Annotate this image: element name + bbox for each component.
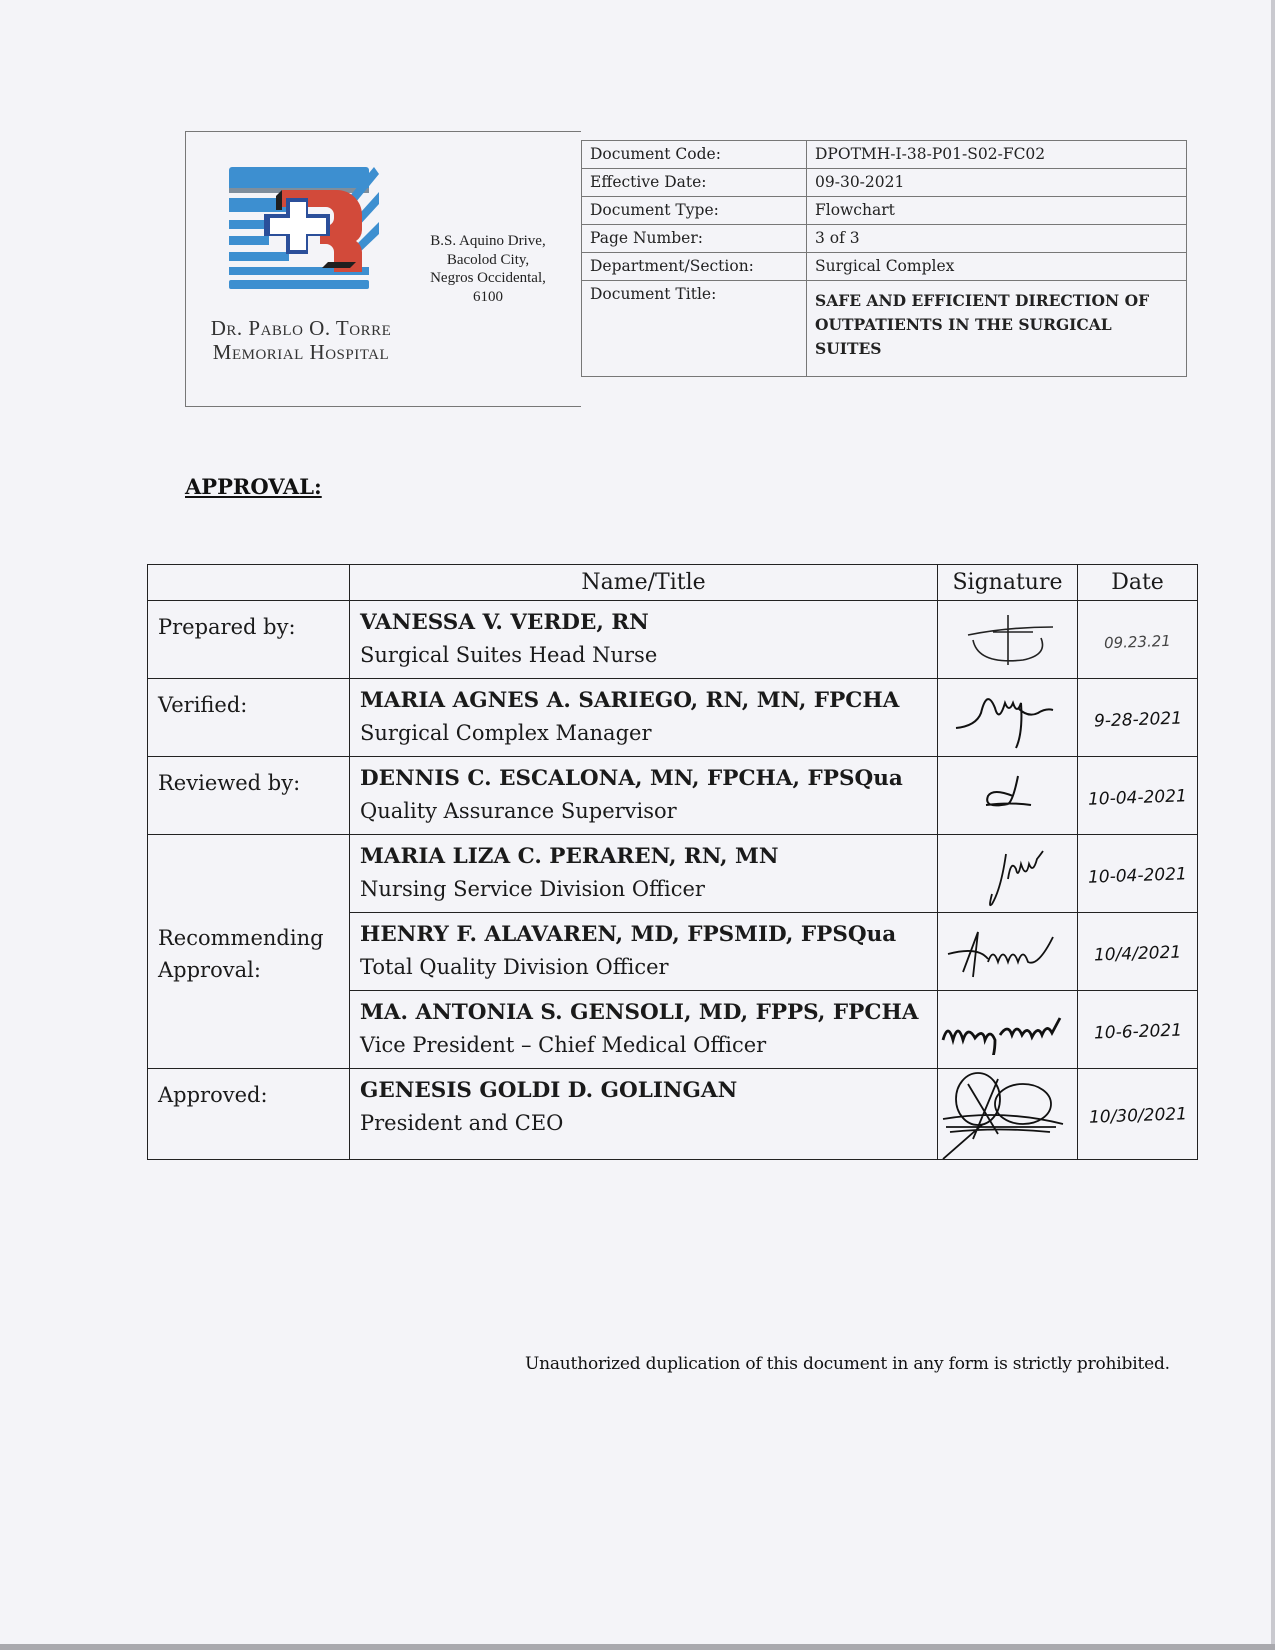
info-label: Document Type:: [582, 197, 807, 225]
info-row: Page Number: 3 of 3: [582, 225, 1187, 253]
info-row: Effective Date: 09-30-2021: [582, 169, 1187, 197]
person-cell: VANESSA V. VERDE, RN Surgical Suites Hea…: [350, 601, 938, 679]
approval-heading: APPROVAL:: [185, 474, 322, 499]
person-name: MARIA LIZA C. PERAREN, RN, MN: [360, 841, 927, 873]
signature-icon: [938, 1005, 1078, 1055]
date-value: 10/4/2021: [1094, 942, 1182, 965]
hospital-name-line1: Dr. Pablo O. Torre: [211, 316, 392, 340]
signature-cell: [938, 1069, 1078, 1160]
address-line: B.S. Aquino Drive,: [430, 233, 545, 249]
person-cell: GENESIS GOLDI D. GOLINGAN President and …: [350, 1069, 938, 1160]
person-name: VANESSA V. VERDE, RN: [360, 607, 927, 639]
person-cell: MARIA LIZA C. PERAREN, RN, MN Nursing Se…: [350, 835, 938, 913]
person-title: Total Quality Division Officer: [360, 951, 927, 983]
signature-cell: [938, 601, 1078, 679]
date-value: 10-04-2021: [1088, 864, 1187, 887]
role-label: Verified:: [148, 679, 350, 757]
date-cell: 10-04-2021: [1078, 757, 1198, 835]
address-line: 6100: [473, 289, 503, 305]
person-title: Quality Assurance Supervisor: [360, 795, 927, 827]
role-label: Prepared by:: [148, 601, 350, 679]
table-row: Prepared by: VANESSA V. VERDE, RN Surgic…: [148, 601, 1198, 679]
column-header-signature: Signature: [938, 565, 1078, 601]
person-name: MARIA AGNES A. SARIEGO, RN, MN, FPCHA: [360, 685, 927, 717]
table-row: Recommending Approval: MARIA LIZA C. PER…: [148, 835, 1198, 913]
date-cell: 10/4/2021: [1078, 913, 1198, 991]
signature-icon: [948, 683, 1068, 753]
page-edge: [1271, 0, 1275, 1650]
column-header-role: [148, 565, 350, 601]
info-label: Effective Date:: [582, 169, 807, 197]
role-label: Recommending Approval:: [148, 835, 350, 1069]
info-label: Document Code:: [582, 141, 807, 169]
hospital-address: B.S. Aquino Drive, Bacolod City, Negros …: [414, 232, 562, 306]
signature-icon: [958, 839, 1058, 909]
date-cell: 10/30/2021: [1078, 1069, 1198, 1160]
department-value: Surgical Complex: [807, 253, 1187, 281]
date-cell: 09.23.21: [1078, 601, 1198, 679]
signature-cell: [938, 991, 1078, 1069]
date-value: 10-6-2021: [1093, 1020, 1182, 1043]
person-name: MA. ANTONIA S. GENSOLI, MD, FPPS, FPCHA: [360, 997, 927, 1029]
column-header-name-title: Name/Title: [350, 565, 938, 601]
signature-cell: [938, 835, 1078, 913]
info-row: Document Code: DPOTMH-I-38-P01-S02-FC02: [582, 141, 1187, 169]
hospital-name-line2: Memorial Hospital: [213, 340, 389, 364]
person-cell: HENRY F. ALAVAREN, MD, FPSMID, FPSQua To…: [350, 913, 938, 991]
person-name: DENNIS C. ESCALONA, MN, FPCHA, FPSQua: [360, 763, 927, 795]
effective-date-value: 09-30-2021: [807, 169, 1187, 197]
date-value: 9-28-2021: [1093, 708, 1182, 731]
person-title: Vice President – Chief Medical Officer: [360, 1029, 927, 1061]
date-cell: 10-04-2021: [1078, 835, 1198, 913]
footer-notice: Unauthorized duplication of this documen…: [525, 1354, 1170, 1374]
person-cell: DENNIS C. ESCALONA, MN, FPCHA, FPSQua Qu…: [350, 757, 938, 835]
hospital-logo-icon: [224, 162, 379, 292]
date-cell: 9-28-2021: [1078, 679, 1198, 757]
info-label: Page Number:: [582, 225, 807, 253]
date-value: 10-04-2021: [1088, 786, 1187, 809]
person-title: Surgical Suites Head Nurse: [360, 639, 927, 671]
person-title: Surgical Complex Manager: [360, 717, 927, 749]
signature-icon: [943, 922, 1073, 982]
person-title: Nursing Service Division Officer: [360, 873, 927, 905]
page-number-value: 3 of 3: [807, 225, 1187, 253]
table-row: Verified: MARIA AGNES A. SARIEGO, RN, MN…: [148, 679, 1198, 757]
signature-icon: [953, 610, 1063, 670]
info-label: Department/Section:: [582, 253, 807, 281]
approval-table: Name/Title Signature Date Prepared by: V…: [147, 564, 1198, 1160]
person-cell: MA. ANTONIA S. GENSOLI, MD, FPPS, FPCHA …: [350, 991, 938, 1069]
address-line: Negros Occidental,: [430, 270, 546, 286]
page-edge-bottom: [0, 1644, 1275, 1650]
column-header-date: Date: [1078, 565, 1198, 601]
date-value: 10/30/2021: [1088, 1104, 1187, 1127]
signature-cell: [938, 913, 1078, 991]
table-row: Reviewed by: DENNIS C. ESCALONA, MN, FPC…: [148, 757, 1198, 835]
person-name: HENRY F. ALAVAREN, MD, FPSMID, FPSQua: [360, 919, 927, 951]
document-header-logo-cell: Dr. Pablo O. Torre Memorial Hospital B.S…: [185, 131, 581, 407]
role-label: Approved:: [148, 1069, 350, 1160]
approval-header-row: Name/Title Signature Date: [148, 565, 1198, 601]
table-row: Approved: GENESIS GOLDI D. GOLINGAN Pres…: [148, 1069, 1198, 1160]
address-line: Bacolod City,: [447, 252, 529, 268]
document-type-value: Flowchart: [807, 197, 1187, 225]
date-value: 09.23.21: [1104, 631, 1171, 651]
info-row: Department/Section: Surgical Complex: [582, 253, 1187, 281]
person-cell: MARIA AGNES A. SARIEGO, RN, MN, FPCHA Su…: [350, 679, 938, 757]
hospital-name: Dr. Pablo O. Torre Memorial Hospital: [196, 316, 406, 364]
signature-icon: [958, 771, 1058, 821]
document-code-value: DPOTMH-I-38-P01-S02-FC02: [807, 141, 1187, 169]
signature-icon: [938, 1069, 1078, 1159]
person-name: GENESIS GOLDI D. GOLINGAN: [360, 1075, 927, 1107]
signature-cell: [938, 757, 1078, 835]
signature-cell: [938, 679, 1078, 757]
date-cell: 10-6-2021: [1078, 991, 1198, 1069]
info-row: Document Title: SAFE AND EFFICIENT DIREC…: [582, 281, 1187, 377]
person-title: President and CEO: [360, 1107, 927, 1139]
info-row: Document Type: Flowchart: [582, 197, 1187, 225]
document-info-table: Document Code: DPOTMH-I-38-P01-S02-FC02 …: [581, 140, 1187, 377]
role-label: Reviewed by:: [148, 757, 350, 835]
info-label: Document Title:: [582, 281, 807, 377]
document-title-value: SAFE AND EFFICIENT DIRECTION OF OUTPATIE…: [807, 281, 1187, 377]
